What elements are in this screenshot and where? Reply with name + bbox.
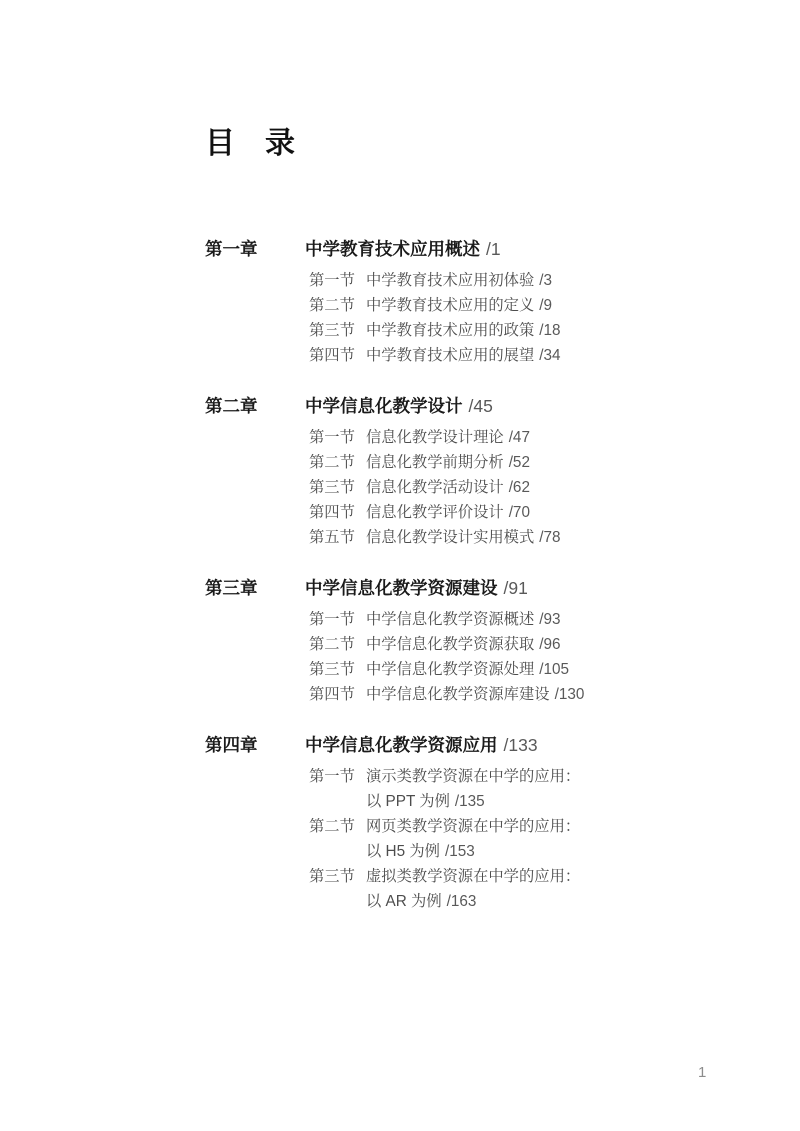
section-content: 信息化教学设计实用模式/78 xyxy=(366,525,561,550)
chapter-title: 中学教育技术应用概述 xyxy=(305,237,480,261)
section-label: 第二节 xyxy=(309,293,366,318)
section-wrap-line: 以 AR 为例/163 xyxy=(366,889,580,914)
section-content: 中学教育技术应用的政策/18 xyxy=(366,318,561,343)
toc-page: 目 录 第一章中学教育技术应用概述/1第一节中学教育技术应用初体验/3第二节中学… xyxy=(0,0,800,1131)
section-row: 第四节中学信息化教学资源库建设/130 xyxy=(309,682,685,707)
section-title: 中学信息化教学资源概述 xyxy=(366,611,534,628)
section-title: 中学信息化教学资源获取 xyxy=(366,636,534,653)
section-content: 演示类教学资源在中学的应用：以 PPT 为例/135 xyxy=(366,764,580,814)
section-title: 中学教育技术应用的展望 xyxy=(366,347,534,364)
section-row: 第二节中学信息化教学资源获取/96 xyxy=(309,632,685,657)
chapter-page-ref: /133 xyxy=(504,733,538,757)
chapter-block: 第二章中学信息化教学设计/45第一节信息化教学设计理论/47第二节信息化教学前期… xyxy=(205,394,685,550)
chapter-heading: 第三章中学信息化教学资源建设/91 xyxy=(205,576,685,600)
chapter-title: 中学信息化教学资源建设 xyxy=(305,576,498,600)
section-row: 第三节中学教育技术应用的政策/18 xyxy=(309,318,685,343)
chapter-sections: 第一节中学信息化教学资源概述/93第二节中学信息化教学资源获取/96第三节中学信… xyxy=(309,607,685,707)
section-page-ref: /18 xyxy=(539,322,560,339)
section-wrap-text: 以 AR 为例 xyxy=(366,893,442,910)
chapter-title: 中学信息化教学设计 xyxy=(305,394,463,418)
chapter-label: 第一章 xyxy=(205,237,305,261)
section-page-ref: /163 xyxy=(447,893,477,910)
section-label: 第三节 xyxy=(309,318,366,343)
section-page-ref: /9 xyxy=(539,297,552,314)
section-wrap-line: 以 PPT 为例/135 xyxy=(366,789,580,814)
section-title: 中学信息化教学资源库建设 xyxy=(366,686,550,703)
section-row: 第三节虚拟类教学资源在中学的应用：以 AR 为例/163 xyxy=(309,864,685,914)
section-title: 信息化教学设计实用模式 xyxy=(366,529,534,546)
section-row: 第二节信息化教学前期分析/52 xyxy=(309,450,685,475)
chapter-sections: 第一节中学教育技术应用初体验/3第二节中学教育技术应用的定义/9第三节中学教育技… xyxy=(309,268,685,368)
section-label: 第四节 xyxy=(309,500,366,525)
folio-page-number: 1 xyxy=(698,1062,706,1084)
section-content: 中学信息化教学资源概述/93 xyxy=(366,607,561,632)
section-page-ref: /78 xyxy=(539,529,560,546)
section-label: 第一节 xyxy=(309,425,366,450)
section-page-ref: /62 xyxy=(509,479,530,496)
chapter-block: 第一章中学教育技术应用概述/1第一节中学教育技术应用初体验/3第二节中学教育技术… xyxy=(205,237,685,368)
section-title: 中学信息化教学资源处理 xyxy=(366,661,534,678)
section-wrap-line: 以 H5 为例/153 xyxy=(366,839,580,864)
section-title-line: 信息化教学设计实用模式/78 xyxy=(366,525,561,550)
section-page-ref: /93 xyxy=(539,611,560,628)
section-title-line: 中学信息化教学资源获取/96 xyxy=(366,632,561,657)
section-label: 第二节 xyxy=(309,814,366,864)
section-title: 信息化教学设计理论 xyxy=(366,429,504,446)
chapter-block: 第三章中学信息化教学资源建设/91第一节中学信息化教学资源概述/93第二节中学信… xyxy=(205,576,685,707)
chapter-label: 第二章 xyxy=(205,394,305,418)
section-page-ref: /34 xyxy=(539,347,560,364)
section-row: 第一节中学信息化教学资源概述/93 xyxy=(309,607,685,632)
section-title: 网页类教学资源在中学的应用： xyxy=(366,818,580,835)
section-content: 中学信息化教学资源库建设/130 xyxy=(366,682,584,707)
chapter-heading: 第四章中学信息化教学资源应用/133 xyxy=(205,733,685,757)
section-page-ref: /105 xyxy=(539,661,569,678)
section-label: 第一节 xyxy=(309,607,366,632)
section-page-ref: /96 xyxy=(539,636,560,653)
section-title-line: 中学信息化教学资源处理/105 xyxy=(366,657,569,682)
section-content: 信息化教学前期分析/52 xyxy=(366,450,530,475)
section-title: 中学教育技术应用初体验 xyxy=(366,272,534,289)
chapter-label: 第三章 xyxy=(205,576,305,600)
section-title-line: 信息化教学前期分析/52 xyxy=(366,450,530,475)
section-label: 第五节 xyxy=(309,525,366,550)
section-content: 虚拟类教学资源在中学的应用：以 AR 为例/163 xyxy=(366,864,580,914)
section-label: 第一节 xyxy=(309,764,366,814)
section-label: 第四节 xyxy=(309,682,366,707)
section-label: 第三节 xyxy=(309,475,366,500)
section-content: 信息化教学活动设计/62 xyxy=(366,475,530,500)
section-page-ref: /70 xyxy=(509,504,530,521)
section-content: 中学教育技术应用初体验/3 xyxy=(366,268,552,293)
toc-content: 目 录 第一章中学教育技术应用概述/1第一节中学教育技术应用初体验/3第二节中学… xyxy=(205,126,685,940)
section-row: 第三节中学信息化教学资源处理/105 xyxy=(309,657,685,682)
section-title-line: 虚拟类教学资源在中学的应用： xyxy=(366,864,580,889)
section-row: 第一节中学教育技术应用初体验/3 xyxy=(309,268,685,293)
chapter-page-ref: /1 xyxy=(486,237,501,261)
section-content: 中学教育技术应用的定义/9 xyxy=(366,293,552,318)
chapter-heading: 第一章中学教育技术应用概述/1 xyxy=(205,237,685,261)
section-page-ref: /3 xyxy=(539,272,552,289)
section-row: 第一节信息化教学设计理论/47 xyxy=(309,425,685,450)
section-title-line: 中学信息化教学资源概述/93 xyxy=(366,607,561,632)
section-label: 第二节 xyxy=(309,632,366,657)
section-content: 信息化教学设计理论/47 xyxy=(366,425,530,450)
chapter-page-ref: /45 xyxy=(469,394,493,418)
section-page-ref: /130 xyxy=(555,686,585,703)
chapter-sections: 第一节信息化教学设计理论/47第二节信息化教学前期分析/52第三节信息化教学活动… xyxy=(309,425,685,550)
section-wrap-text: 以 H5 为例 xyxy=(366,843,440,860)
section-row: 第二节中学教育技术应用的定义/9 xyxy=(309,293,685,318)
section-content: 中学信息化教学资源获取/96 xyxy=(366,632,561,657)
section-content: 网页类教学资源在中学的应用：以 H5 为例/153 xyxy=(366,814,580,864)
section-label: 第三节 xyxy=(309,864,366,914)
section-page-ref: /135 xyxy=(455,793,485,810)
section-page-ref: /153 xyxy=(445,843,475,860)
section-title: 虚拟类教学资源在中学的应用： xyxy=(366,868,580,885)
section-content: 中学教育技术应用的展望/34 xyxy=(366,343,561,368)
chapter-title: 中学信息化教学资源应用 xyxy=(305,733,498,757)
section-label: 第一节 xyxy=(309,268,366,293)
section-title: 信息化教学活动设计 xyxy=(366,479,504,496)
section-title-line: 中学教育技术应用的政策/18 xyxy=(366,318,561,343)
section-title-line: 演示类教学资源在中学的应用： xyxy=(366,764,580,789)
section-title: 中学教育技术应用的定义 xyxy=(366,297,534,314)
chapter-sections: 第一节演示类教学资源在中学的应用：以 PPT 为例/135第二节网页类教学资源在… xyxy=(309,764,685,914)
section-page-ref: /52 xyxy=(509,454,530,471)
section-title: 演示类教学资源在中学的应用： xyxy=(366,768,580,785)
chapter-label: 第四章 xyxy=(205,733,305,757)
section-title-line: 中学教育技术应用的定义/9 xyxy=(366,293,552,318)
section-title-line: 信息化教学活动设计/62 xyxy=(366,475,530,500)
section-row: 第五节信息化教学设计实用模式/78 xyxy=(309,525,685,550)
section-title: 信息化教学评价设计 xyxy=(366,504,504,521)
chapter-page-ref: /91 xyxy=(504,576,528,600)
section-title-line: 信息化教学设计理论/47 xyxy=(366,425,530,450)
chapter-block: 第四章中学信息化教学资源应用/133第一节演示类教学资源在中学的应用：以 PPT… xyxy=(205,733,685,914)
section-wrap-text: 以 PPT 为例 xyxy=(366,793,450,810)
section-title-line: 信息化教学评价设计/70 xyxy=(366,500,530,525)
section-title-line: 中学教育技术应用的展望/34 xyxy=(366,343,561,368)
section-content: 中学信息化教学资源处理/105 xyxy=(366,657,569,682)
section-title-line: 网页类教学资源在中学的应用： xyxy=(366,814,580,839)
page-title: 目 录 xyxy=(205,126,685,162)
section-row: 第一节演示类教学资源在中学的应用：以 PPT 为例/135 xyxy=(309,764,685,814)
section-title-line: 中学教育技术应用初体验/3 xyxy=(366,268,552,293)
toc-chapters: 第一章中学教育技术应用概述/1第一节中学教育技术应用初体验/3第二节中学教育技术… xyxy=(205,237,685,914)
section-label: 第二节 xyxy=(309,450,366,475)
section-row: 第三节信息化教学活动设计/62 xyxy=(309,475,685,500)
section-label: 第四节 xyxy=(309,343,366,368)
section-row: 第四节信息化教学评价设计/70 xyxy=(309,500,685,525)
chapter-heading: 第二章中学信息化教学设计/45 xyxy=(205,394,685,418)
section-title-line: 中学信息化教学资源库建设/130 xyxy=(366,682,584,707)
section-title: 信息化教学前期分析 xyxy=(366,454,504,471)
section-page-ref: /47 xyxy=(509,429,530,446)
section-content: 信息化教学评价设计/70 xyxy=(366,500,530,525)
section-row: 第二节网页类教学资源在中学的应用：以 H5 为例/153 xyxy=(309,814,685,864)
section-title: 中学教育技术应用的政策 xyxy=(366,322,534,339)
section-label: 第三节 xyxy=(309,657,366,682)
section-row: 第四节中学教育技术应用的展望/34 xyxy=(309,343,685,368)
